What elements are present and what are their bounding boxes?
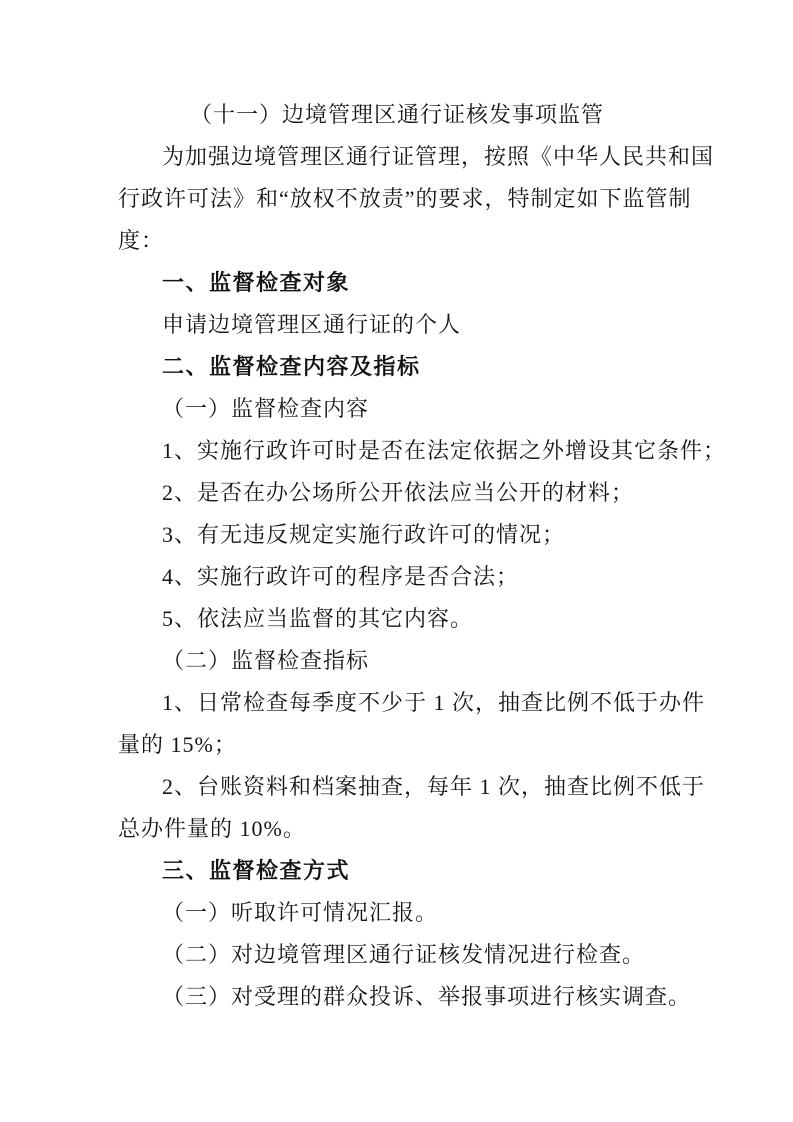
intro-paragraph-line-2: 行政许可法》和“放权不放责”的要求，特制定如下监管制	[118, 178, 676, 220]
check-content-item-5: 5、依法应当监督的其它内容。	[118, 598, 676, 640]
subsection-2-1-heading: （一）监督检查内容	[118, 388, 676, 430]
check-index-item-1-line-2: 量的 15%；	[118, 724, 676, 766]
section-1-body: 申请边境管理区通行证的个人	[118, 304, 676, 346]
intro-paragraph-line-3: 度：	[118, 220, 676, 262]
check-content-item-2: 2、是否在办公场所公开依法应当公开的材料；	[118, 472, 676, 514]
section-2-heading: 二、监督检查内容及指标	[118, 346, 676, 388]
check-content-item-4: 4、实施行政许可的程序是否合法；	[118, 556, 676, 598]
check-method-item-2: （二）对边境管理区通行证核发情况进行检查。	[118, 934, 676, 976]
check-index-item-2-line-2: 总办件量的 10%。	[118, 808, 676, 850]
section-1-heading: 一、监督检查对象	[118, 262, 676, 304]
check-index-item-1-line-1: 1、日常检查每季度不少于 1 次，抽查比例不低于办件	[118, 682, 676, 724]
section-3-heading: 三、监督检查方式	[118, 850, 676, 892]
document-title: （十一）边境管理区通行证核发事项监管	[118, 94, 676, 136]
document-page: （十一）边境管理区通行证核发事项监管 为加强边境管理区通行证管理，按照《中华人民…	[0, 0, 793, 1122]
check-index-item-2-line-1: 2、台账资料和档案抽查，每年 1 次，抽查比例不低于	[118, 766, 676, 808]
check-method-item-3: （三）对受理的群众投诉、举报事项进行核实调查。	[118, 976, 676, 1018]
check-content-item-1: 1、实施行政许可时是否在法定依据之外增设其它条件；	[118, 430, 676, 472]
intro-paragraph-line-1: 为加强边境管理区通行证管理，按照《中华人民共和国	[118, 136, 676, 178]
subsection-2-2-heading: （二）监督检查指标	[118, 640, 676, 682]
check-method-item-1: （一）听取许可情况汇报。	[118, 892, 676, 934]
document-content: （十一）边境管理区通行证核发事项监管 为加强边境管理区通行证管理，按照《中华人民…	[118, 94, 676, 1018]
check-content-item-3: 3、有无违反规定实施行政许可的情况；	[118, 514, 676, 556]
